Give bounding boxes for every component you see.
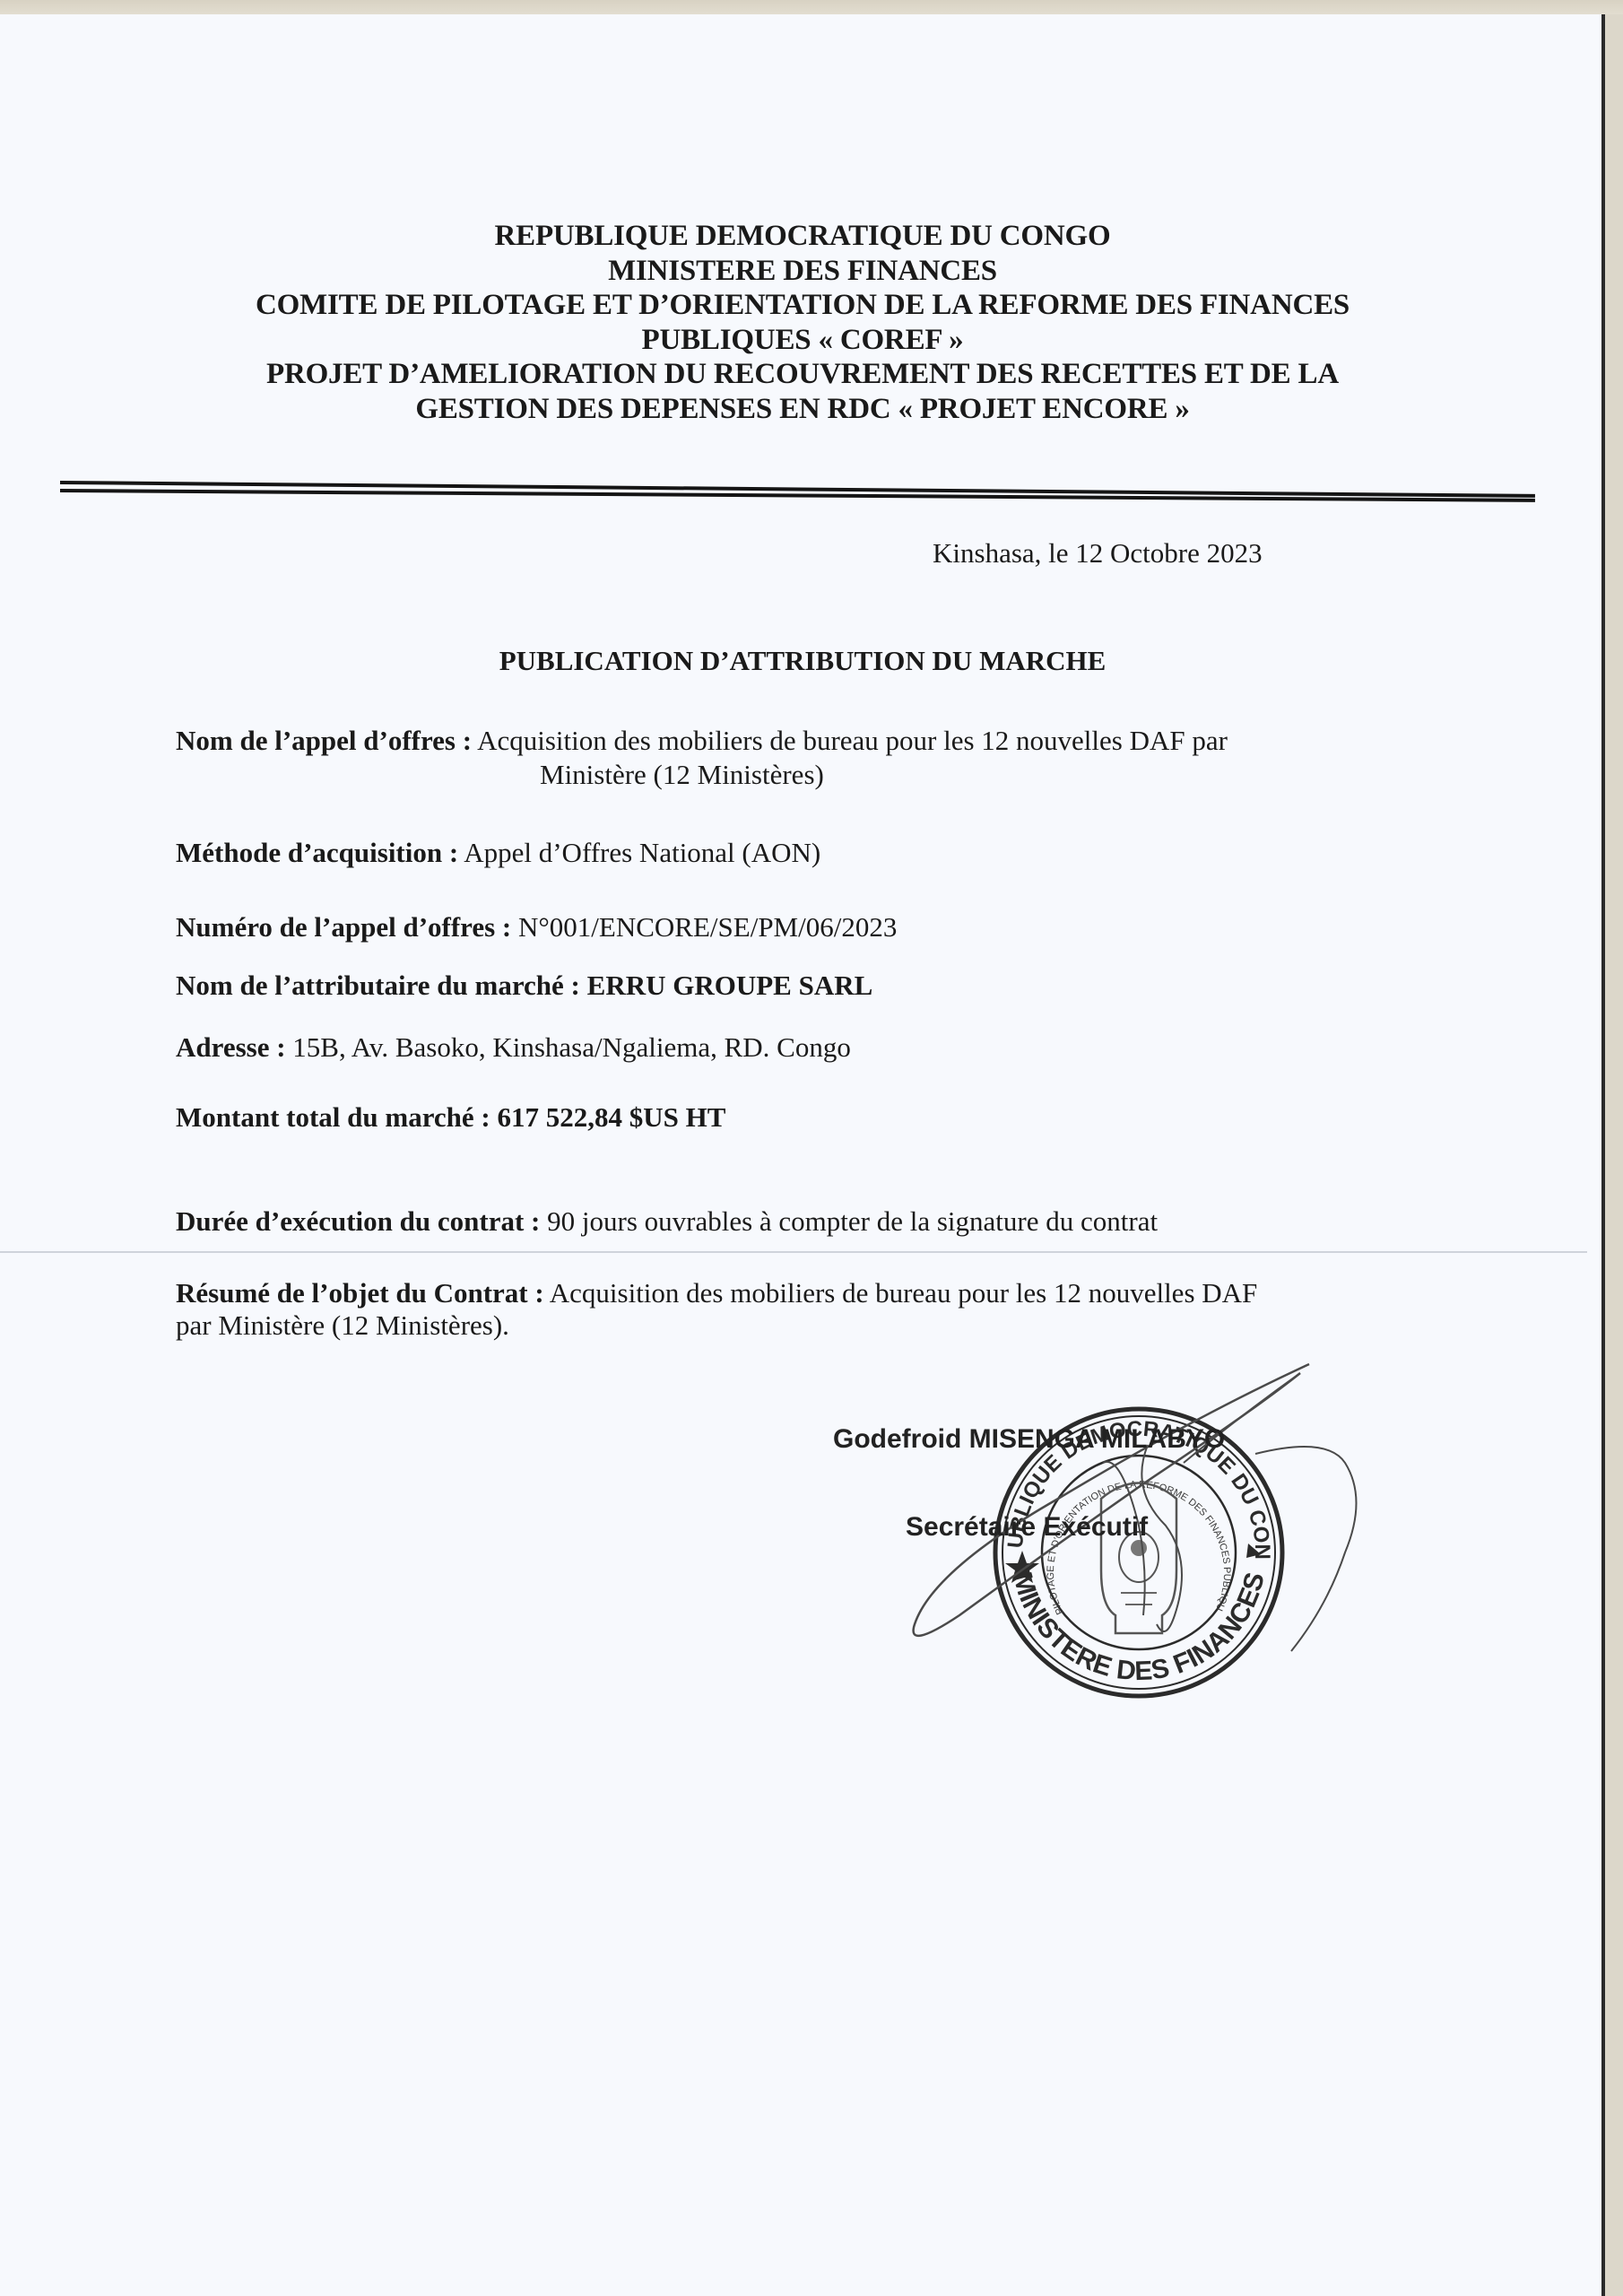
field-label: Montant total du marché : [176,1101,490,1133]
letterhead: REPUBLIQUE DEMOCRATIQUE DU CONGO MINISTE… [0,219,1605,426]
letterhead-line: COMITE DE PILOTAGE ET D’ORIENTATION DE L… [0,288,1605,323]
signatory-name: Godefroid MISENGA MILABYO [833,1424,1225,1455]
field-value: 15B, Av. Basoko, Kinshasa/Ngaliema, RD. … [286,1031,851,1063]
field-duration: Durée d’exécution du contrat : 90 jours … [176,1205,1158,1238]
document-title: PUBLICATION D’ATTRIBUTION DU MARCHE [0,645,1605,677]
field-tender-name: Nom de l’appel d’offres : Acquisition de… [176,725,1228,757]
field-summary-cont: par Ministère (12 Ministères). [176,1309,509,1342]
field-value: 90 jours ouvrables à compter de la signa… [540,1205,1158,1237]
field-label: Adresse : [176,1031,286,1063]
signatory-title: Secrétaire Exécutif [906,1512,1148,1543]
field-amount: Montant total du marché : 617 522,84 $US… [176,1101,725,1134]
letterhead-line: GESTION DES DEPENSES EN RDC « PROJET ENC… [0,392,1605,427]
field-value: par Ministère (12 Ministères). [176,1309,509,1341]
field-value: N°001/ENCORE/SE/PM/06/2023 [511,911,897,943]
field-value: ERRU GROUPE SARL [580,970,872,1001]
letterhead-line: PUBLIQUES « COREF » [0,323,1605,358]
field-label: Nom de l’attributaire du marché : [176,970,580,1001]
field-summary: Résumé de l’objet du Contrat : Acquisiti… [176,1277,1257,1309]
letterhead-line: PROJET D’AMELIORATION DU RECOUVREMENT DE… [0,357,1605,392]
field-label: Durée d’exécution du contrat : [176,1205,540,1237]
field-tender-name-cont: Ministère (12 Ministères) [540,759,824,791]
letterhead-line: MINISTERE DES FINANCES [0,254,1605,289]
letterhead-line: REPUBLIQUE DEMOCRATIQUE DU CONGO [0,219,1605,254]
field-value: Ministère (12 Ministères) [540,759,824,790]
document-page: REPUBLIQUE DEMOCRATIQUE DU CONGO MINISTE… [0,14,1605,2296]
field-label: Résumé de l’objet du Contrat : [176,1277,544,1309]
document-date: Kinshasa, le 12 Octobre 2023 [933,537,1263,570]
field-awardee: Nom de l’attributaire du marché : ERRU G… [176,970,872,1002]
field-address: Adresse : 15B, Av. Basoko, Kinshasa/Ngal… [176,1031,851,1064]
scanner-bed-edge [0,0,1623,14]
field-value: Acquisition des mobiliers de bureau pour… [544,1277,1258,1309]
field-value: Appel d’Offres National (AON) [458,837,820,868]
field-label: Nom de l’appel d’offres : [176,725,472,756]
field-label: Numéro de l’appel d’offres : [176,911,511,943]
handwritten-signature [879,1346,1381,1669]
field-value: 617 522,84 $US HT [490,1101,726,1133]
field-tender-number: Numéro de l’appel d’offres : N°001/ENCOR… [176,911,897,944]
field-label: Méthode d’acquisition : [176,837,458,868]
field-value: Acquisition des mobiliers de bureau pour… [472,725,1228,756]
field-method: Méthode d’acquisition : Appel d’Offres N… [176,837,820,869]
paper-crease [0,1251,1587,1253]
